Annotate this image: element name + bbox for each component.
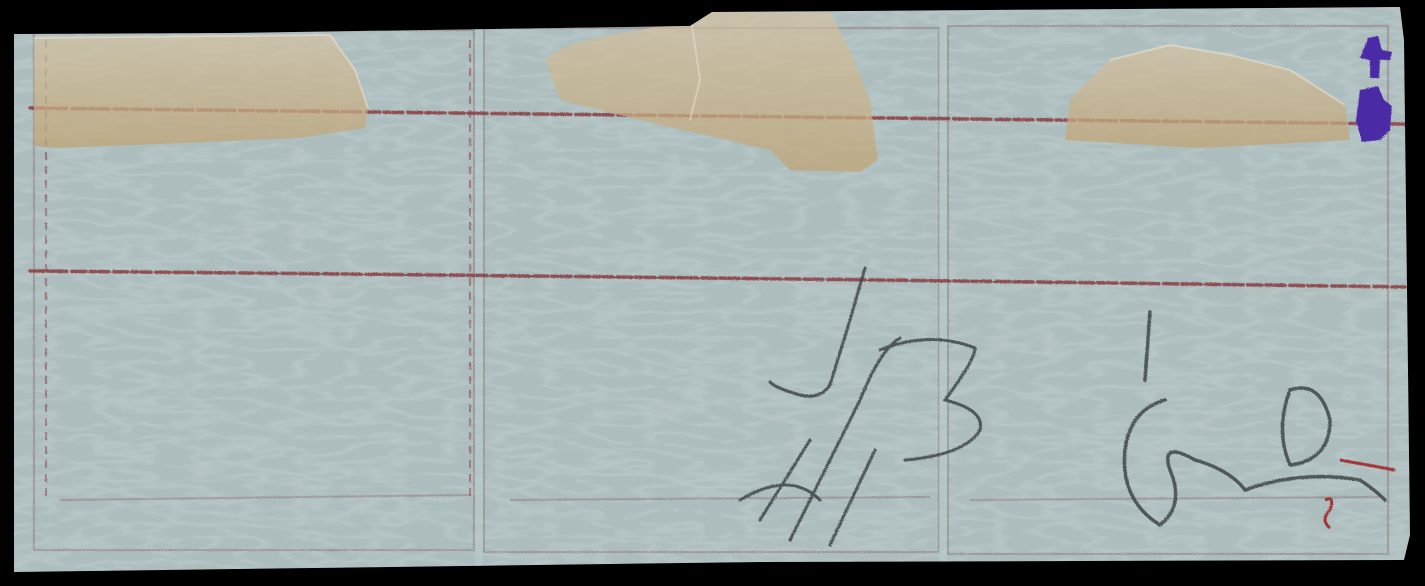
stamp-strip-reverse bbox=[0, 0, 1425, 586]
paper bbox=[0, 0, 1425, 586]
hinge-left bbox=[34, 35, 368, 148]
stamp-strip-drawing bbox=[0, 0, 1425, 586]
photo-backdrop: Back of stamp strip with hinge remnants,… bbox=[0, 0, 1425, 586]
